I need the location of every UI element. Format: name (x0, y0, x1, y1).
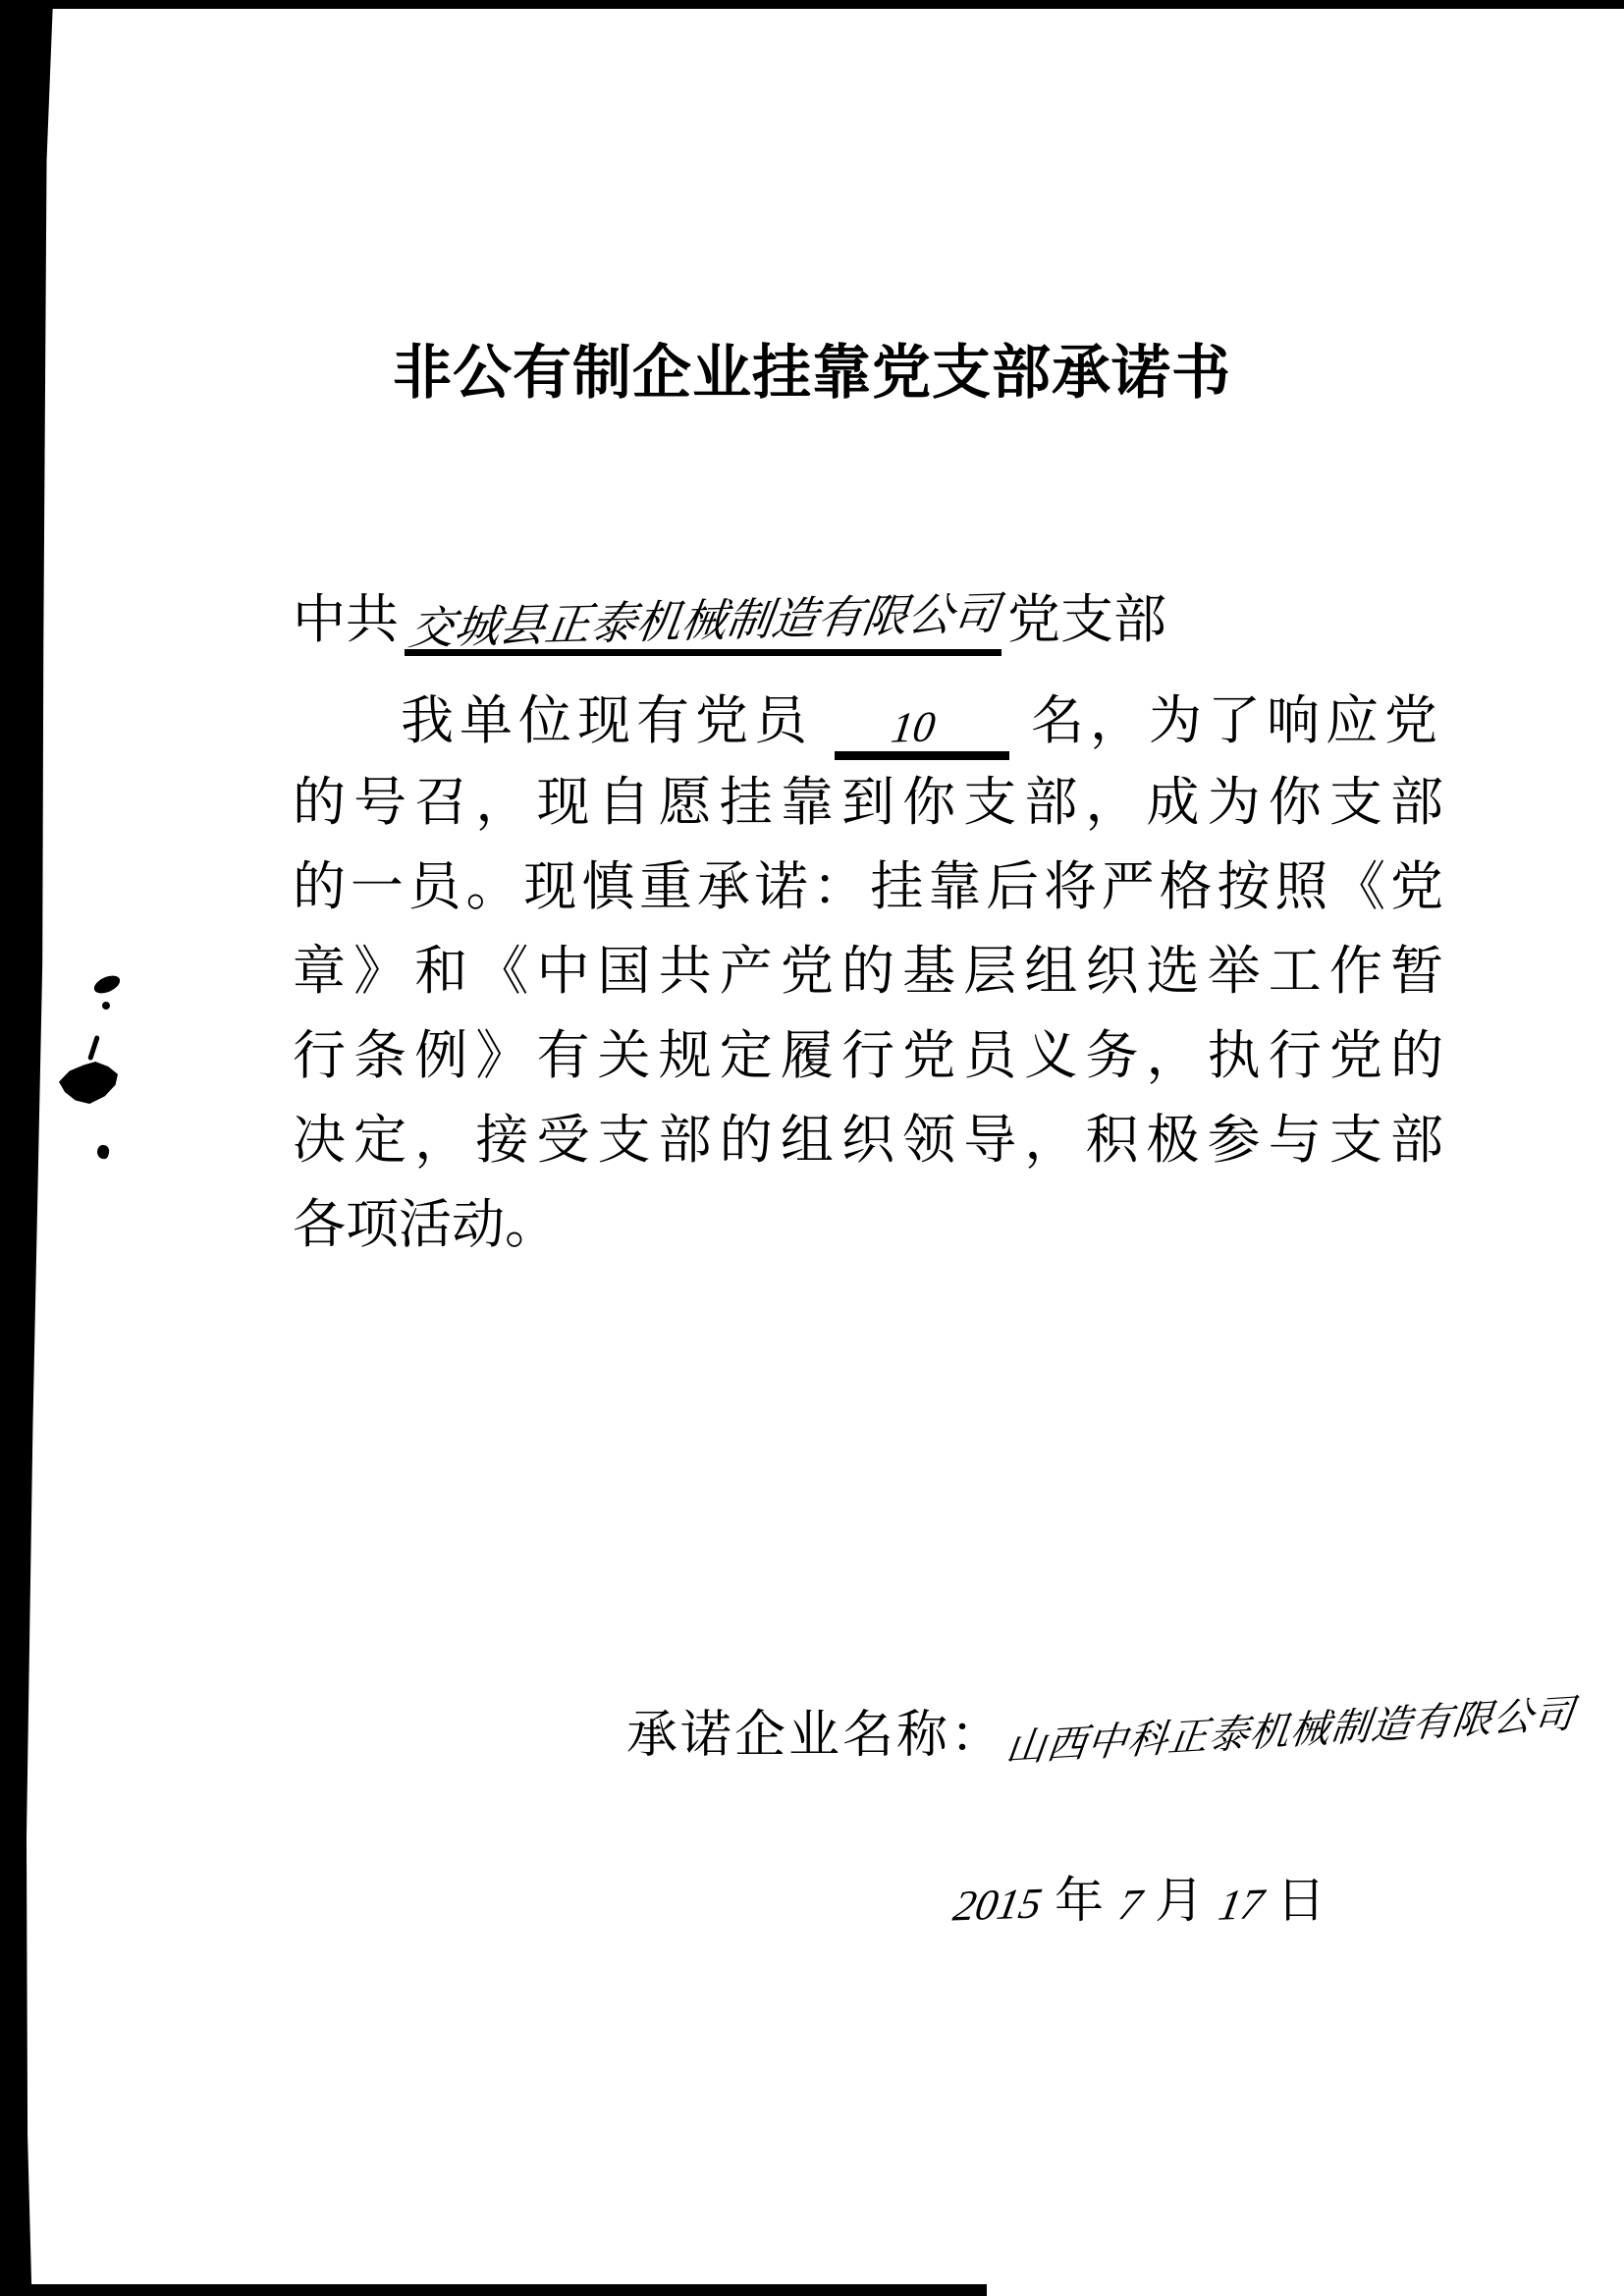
day-label: 日 (1276, 1868, 1327, 1933)
date-line: 2015 年 7 月 17 日 (954, 1868, 1327, 1933)
salutation-line: 中共 交城县正泰机械制造有限公司 党支部 (293, 577, 1441, 656)
body-line: 决定，接受支部的组织领导，积极参与支部 (293, 1098, 1443, 1182)
ink-blot (96, 1144, 110, 1160)
body-line: 章》和《中国共产党的基层组织选举工作暂 (293, 929, 1443, 1013)
ink-blot (59, 1062, 118, 1104)
signature-line: 承诺企业名称： 山西中科正泰机械制造有限公司 (626, 1705, 1569, 1768)
salutation-suffix: 党支部 (1007, 583, 1166, 656)
body-line: 的一员。现慎重承诺：挂靠后将严格按照《党 (293, 845, 1443, 929)
ink-blot (91, 972, 123, 997)
scan-edge-bottom (0, 2284, 987, 2296)
document-title: 非公有制企业挂靠党支部承诺书 (0, 326, 1624, 410)
handwritten-year: 2015 (949, 1876, 1047, 1934)
handwritten-enterprise-name: 山西中科正泰机械制造有限公司 (1003, 1692, 1577, 1772)
month-label: 月 (1155, 1868, 1206, 1933)
scanned-document-page: 非公有制企业挂靠党支部承诺书 中共 交城县正泰机械制造有限公司 党支部 我单位现… (0, 0, 1624, 2296)
body-line: 各项活动。 (293, 1182, 1443, 1267)
scan-edge-top (0, 0, 1624, 9)
ink-blot (87, 1035, 100, 1061)
handwritten-day: 17 (1215, 1877, 1268, 1934)
body-line: 行条例》有关规定履行党员义务，执行党的 (293, 1013, 1443, 1098)
year-label: 年 (1055, 1868, 1106, 1933)
body-line: 的号召，现自愿挂靠到你支部，成为你支部 (293, 760, 1443, 845)
handwritten-branch-name: 交城县正泰机械制造有限公司 (406, 588, 1001, 655)
handwritten-member-count: 10 (889, 703, 939, 751)
body-line1-pre: 我单位现有党员 (401, 682, 813, 760)
salutation-prefix: 中共 (293, 583, 399, 656)
enterprise-name-label: 承诺企业名称： (626, 1705, 1004, 1768)
body-paragraph: 我单位现有党员 10 名，为了响应党 的号召，现自愿挂靠到你支部，成为你支部 的… (293, 676, 1443, 1267)
body-line1-post: 名，为了响应党 (1031, 682, 1443, 760)
body-line-first: 我单位现有党员 10 名，为了响应党 (293, 676, 1443, 760)
member-count-blank: 10 (835, 679, 1009, 760)
handwritten-month: 7 (1114, 1878, 1146, 1934)
party-branch-name-blank: 交城县正泰机械制造有限公司 (405, 578, 1001, 656)
ink-blot (102, 1002, 110, 1010)
